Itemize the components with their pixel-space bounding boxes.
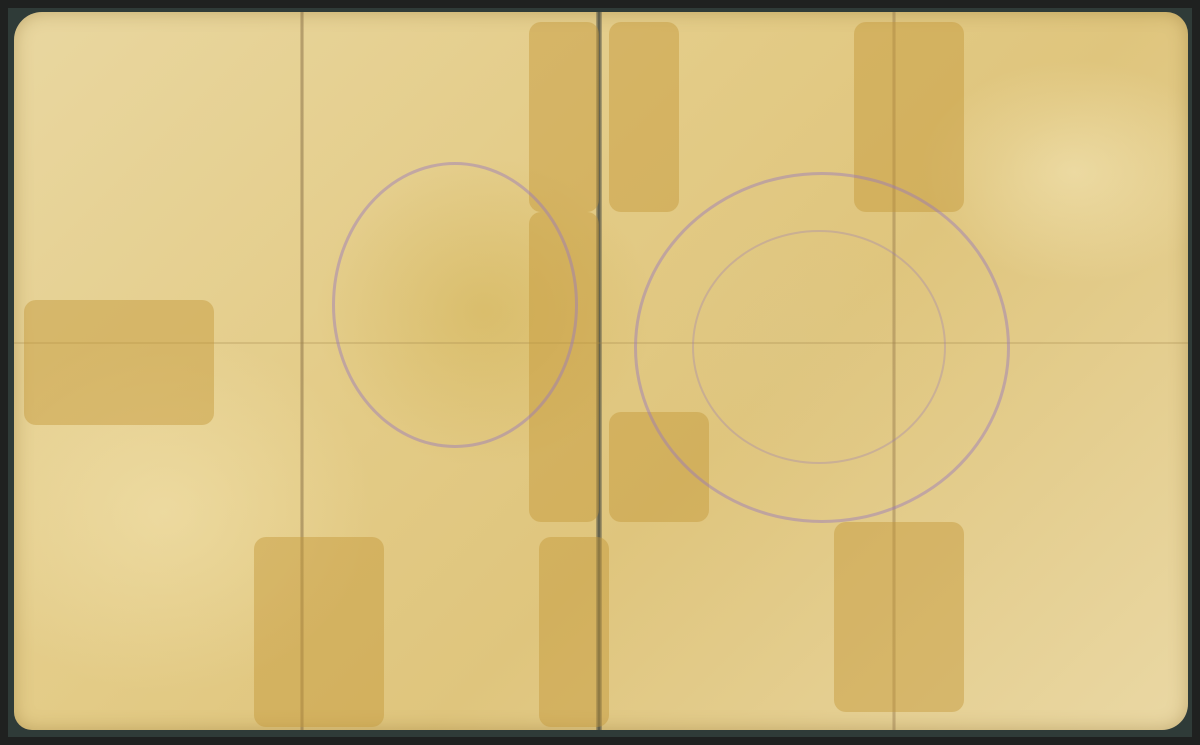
- tape-stain: [24, 300, 214, 425]
- circular-stamp-left: [332, 162, 578, 448]
- circular-stamp-right: [634, 172, 1010, 523]
- tape-stain: [609, 22, 679, 212]
- tape-stain: [834, 522, 964, 712]
- tape-stain: [254, 537, 384, 727]
- aged-paper-note: [14, 12, 1188, 730]
- tape-stain: [539, 537, 609, 727]
- tape-stain: [529, 22, 599, 212]
- stamp-inner-ring: [692, 230, 946, 464]
